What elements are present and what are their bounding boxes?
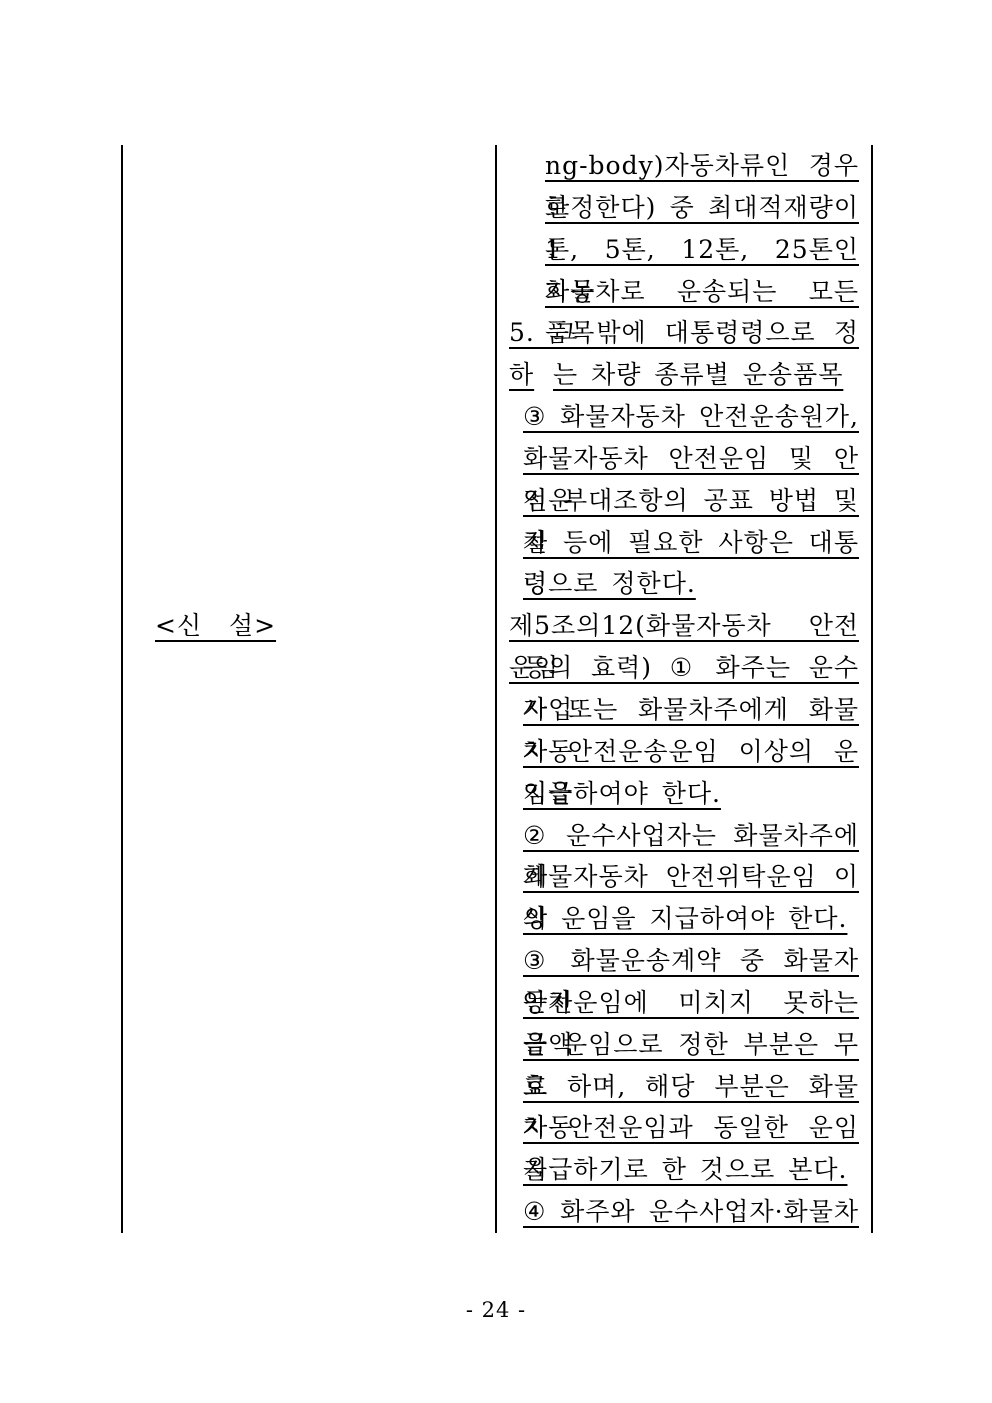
document-page: <신 설> ng-body)자동차류인 경우로 한정한다) 중 최대적재량이 1… <box>0 0 992 1403</box>
law-text-line: ng-body)자동차류인 경우로 <box>497 145 871 187</box>
law-text-line: 차 안전운임과 동일한 운임을 <box>497 1107 871 1149</box>
law-text-line: 자동차로 운송되는 모든 품목 <box>497 271 871 313</box>
new-provision-label: <신 설> <box>155 605 276 647</box>
law-text-line: ③ 화물자동차 안전운송원가, <box>497 396 871 438</box>
law-text-line: 령으로 정한다. <box>497 563 871 605</box>
law-text-line: ④ 화주와 운수사업자·화물차 <box>497 1191 871 1233</box>
page-number: - 24 - <box>0 1298 992 1322</box>
law-text-line: 차 안전운송운임 이상의 운임을 <box>497 731 871 773</box>
law-text-line: 로 하며, 해당 부분은 화물자동 <box>497 1066 871 1108</box>
law-text-line: 한정한다) 중 최대적재량이 1 <box>497 187 871 229</box>
law-text-line: 자 또는 화물차주에게 화물자동 <box>497 689 871 731</box>
law-text-line: 등의 효력) ① 화주는 운수사업 <box>497 647 871 689</box>
law-text-line: 톤, 5톤, 12톤, 25톤인 화물 <box>497 229 871 271</box>
law-text-line: 지급하여야 한다. <box>497 773 871 815</box>
law-text-line: 화물자동차 안전위탁운임 이상 <box>497 856 871 898</box>
law-text-line: 는 차량 종류별 운송품목 <box>497 354 871 396</box>
amended-law-column-cell: ng-body)자동차류인 경우로 한정한다) 중 최대적재량이 1 톤, 5톤… <box>497 145 873 1233</box>
law-comparison-table: <신 설> ng-body)자동차류인 경우로 한정한다) 중 최대적재량이 1… <box>121 145 873 1233</box>
law-text-line: ② 운수사업자는 화물차주에게 <box>497 815 871 857</box>
law-text-line: 제5조의12(화물자동차 안전운임 <box>497 605 871 647</box>
current-law-column-cell: <신 설> <box>121 145 497 1233</box>
law-text-line: 5. 그 밖에 대통령령으로 정하 <box>497 312 871 354</box>
law-text-line: 차 등에 필요한 사항은 대통령 <box>497 522 871 564</box>
law-text-line: 을 운임으로 정한 부분은 무효 <box>497 1024 871 1066</box>
law-text-line: ③ 화물운송계약 중 화물자동차 <box>497 940 871 982</box>
law-text-line: 지급하기로 한 것으로 본다. <box>497 1149 871 1191</box>
law-text-line: 임 부대조항의 공표 방법 및 절 <box>497 480 871 522</box>
law-text-line: 화물자동차 안전운임 및 안전운 <box>497 438 871 480</box>
law-text-line: 안전운임에 미치지 못하는 금액 <box>497 982 871 1024</box>
law-text-line: 의 운임을 지급하여야 한다. <box>497 898 871 940</box>
